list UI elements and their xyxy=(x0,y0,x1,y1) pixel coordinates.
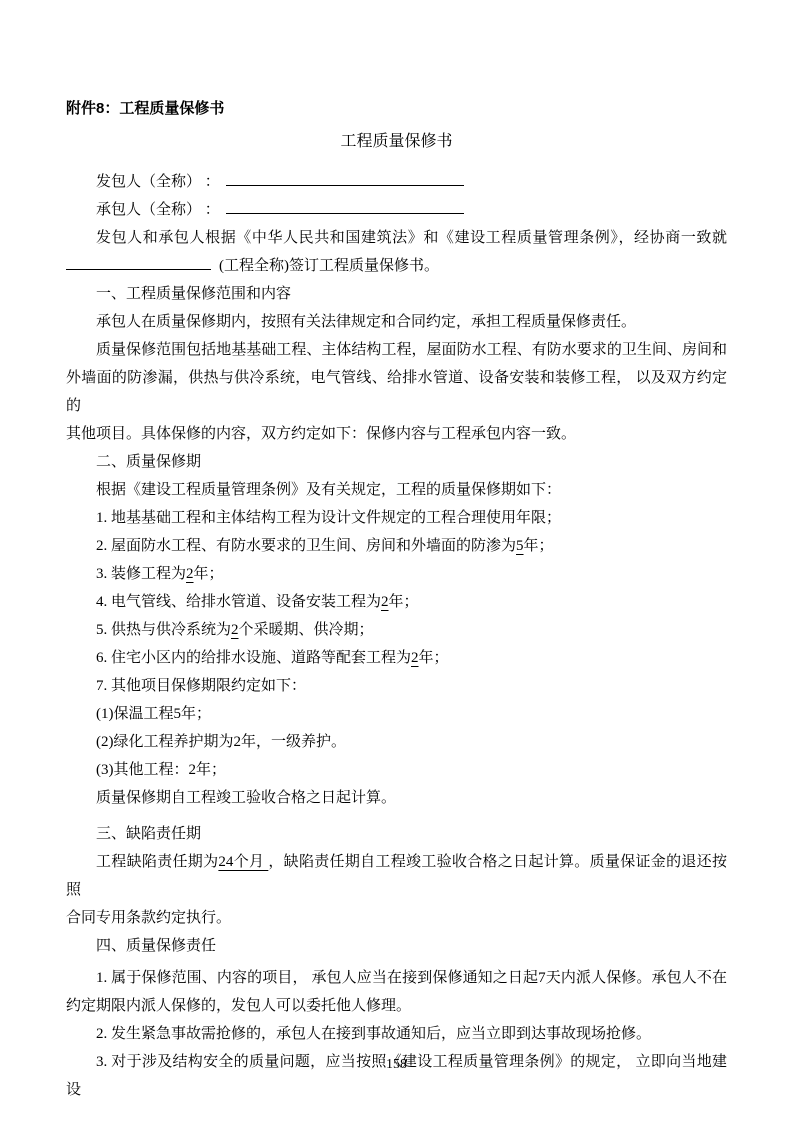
employer-name-blank xyxy=(226,169,464,186)
section1-para2-line2: 外墙面的防渗漏，供热与供冷系统，电气管线、给排水管道、设备安装和装修工程， 以及… xyxy=(66,364,727,420)
warranty-subitem-1: (1)保温工程5年； xyxy=(66,700,727,728)
warranty-item-5: 5. 供热与供冷系统为2个采暖期、供冷期； xyxy=(66,616,727,644)
intro-line-2: (工程全称)签订工程质量保修书。 xyxy=(66,252,727,280)
warranty-subitem-3: (3)其他工程：2年； xyxy=(66,756,727,784)
contractor-label: 承包人（全称） ： xyxy=(96,202,220,218)
section4-heading: 四、质量保修责任 xyxy=(66,932,727,960)
project-name-blank xyxy=(66,253,211,270)
page-title: 工程质量保修书 xyxy=(66,128,727,156)
warranty-item-7: 7. 其他项目保修期限约定如下： xyxy=(66,672,727,700)
contractor-line: 承包人（全称） ： xyxy=(66,196,727,224)
section2-intro: 根据《建设工程质量管理条例》及有关规定，工程的质量保修期如下： xyxy=(66,476,727,504)
section3-line1: 工程缺陷责任期为24个月 ，缺陷责任期自工程竣工验收合格之日起计算。质量保证金的… xyxy=(66,848,727,904)
section3-line2: 合同专用条款约定执行。 xyxy=(66,904,727,932)
warranty-item-3: 3. 装修工程为2年； xyxy=(66,560,727,588)
page-number: 158 xyxy=(0,1053,793,1077)
section1-para2-line3: 其他项目。具体保修的内容，双方约定如下：保修内容与工程承包内容一致。 xyxy=(66,420,727,448)
warranty-item-2: 2. 屋面防水工程、有防水要求的卫生间、房间和外墙面的防渗为5年； xyxy=(66,532,727,560)
warranty-item-6: 6. 住宅小区内的给排水设施、道路等配套工程为2年； xyxy=(66,644,727,672)
section4-item1-line2: 约定期限内派人保修的，发包人可以委托他人修理。 xyxy=(66,992,727,1020)
section4-item1-line1: 1. 属于保修范围、内容的项目， 承包人应当在接到保修通知之日起7天内派人保修。… xyxy=(66,964,727,992)
section1-para1: 承包人在质量保修期内，按照有关法律规定和合同约定，承担工程质量保修责任。 xyxy=(66,308,727,336)
section3-heading: 三、缺陷责任期 xyxy=(66,820,727,848)
section1-heading: 一、工程质量保修范围和内容 xyxy=(66,280,727,308)
contractor-name-blank xyxy=(226,197,464,214)
intro-line-2-text: (工程全称)签订工程质量保修书。 xyxy=(219,258,439,274)
section2-heading: 二、质量保修期 xyxy=(66,448,727,476)
employer-line: 发包人（全称） ： xyxy=(66,168,727,196)
warranty-item-4: 4. 电气管线、给排水管道、设备安装工程为2年； xyxy=(66,588,727,616)
warranty-item-1: 1. 地基基础工程和主体结构工程为设计文件规定的工程合理使用年限； xyxy=(66,504,727,532)
attachment-heading: 附件8：工程质量保修书 xyxy=(66,95,727,123)
section4-item2: 2. 发生紧急事故需抢修的，承包人在接到事故通知后，应当立即到达事故现场抢修。 xyxy=(66,1020,727,1048)
document-content: 附件8：工程质量保修书 工程质量保修书 发包人（全称） ： 承包人（全称） ： … xyxy=(66,95,727,1104)
section1-para2-line1: 质量保修范围包括地基基础工程、主体结构工程，屋面防水工程、有防水要求的卫生间、房… xyxy=(66,336,727,364)
warranty-subitem-2: (2)绿化工程养护期为2年，一级养护。 xyxy=(66,728,727,756)
employer-label: 发包人（全称） ： xyxy=(96,174,220,190)
section2-closing: 质量保修期自工程竣工验收合格之日起计算。 xyxy=(66,784,727,812)
intro-line-1: 发包人和承包人根据《中华人民共和国建筑法》和《建设工程质量管理条例》，经协商一致… xyxy=(66,224,727,252)
document-page: 附件8：工程质量保修书 工程质量保修书 发包人（全称） ： 承包人（全称） ： … xyxy=(0,0,793,1123)
